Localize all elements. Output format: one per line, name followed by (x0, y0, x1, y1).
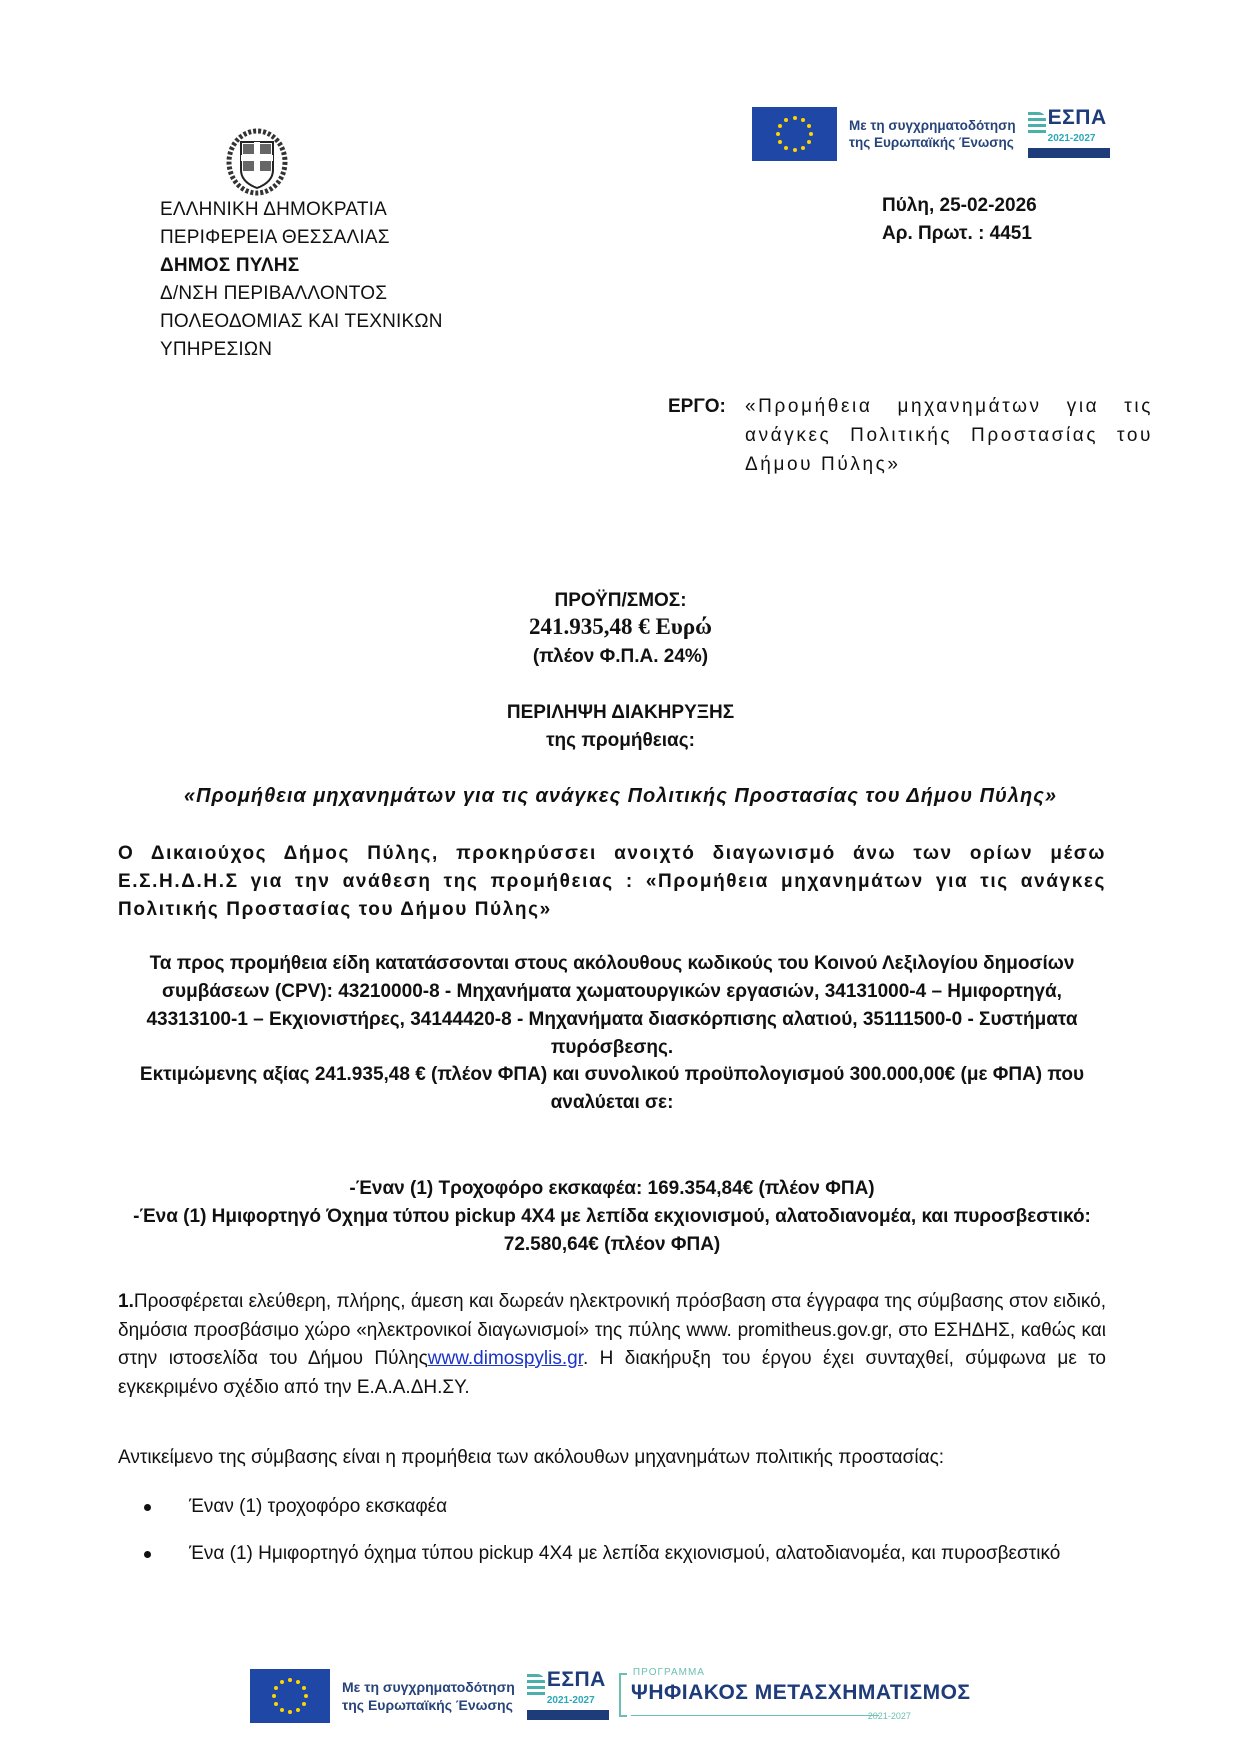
estimate-paragraph: Εκτιμώμενης αξίας 241.935,48 € (πλέον ΦΠ… (118, 1061, 1106, 1117)
bullet-icon (144, 1551, 151, 1558)
project-label: ΕΡΓΟ: (668, 392, 726, 421)
summary-subtitle: της προμήθειας: (0, 730, 1241, 752)
object-intro: Αντικείμενο της σύμβασης είναι η προμήθε… (118, 1447, 1106, 1469)
list-item: Ένα (1) Ημιφορτηγό όχημα τύπου pickup 4Χ… (160, 1540, 1106, 1568)
greek-coat-of-arms-icon (226, 128, 288, 196)
summary-title: ΠΕΡΙΛΗΨΗ ΔΙΑΚΗΡΥΞΗΣ (0, 702, 1241, 724)
org-line-municipality: ΔΗΜΟΣ ΠΥΛΗΣ (160, 252, 443, 280)
item-pickup: -Ένα (1) Ημιφορτηγό Όχημα τύπου pickup 4… (118, 1203, 1106, 1259)
espa-years: 2021-2027 (1048, 133, 1096, 144)
footer-logos: Με τη συγχρηματοδότηση της Ευρωπαϊκής Έν… (250, 1668, 990, 1724)
items-breakdown: -Έναν (1) Τροχοφόρο εκσκαφέα: 169.354,84… (118, 1175, 1106, 1259)
espa-logo: ΕΣΠΑ 2021-2027 (527, 1670, 609, 1722)
project-title: «Προμήθεια μηχανημάτων για τις ανάγκες Π… (745, 392, 1153, 479)
bullet-icon (144, 1504, 151, 1511)
item-excavator: -Έναν (1) Τροχοφόρο εκσκαφέα: 169.354,84… (118, 1175, 1106, 1203)
espa-waves-icon (527, 1674, 545, 1696)
budget-amount: 241.935,48 € Ευρώ (0, 614, 1241, 640)
eu-flag-icon (752, 107, 837, 161)
org-line: ΠΕΡΙΦΕΡΕΙΑ ΘΕΣΣΑΛΙΑΣ (160, 224, 443, 252)
project-block: ΕΡΓΟ: «Προμήθεια μηχανημάτων για τις ανά… (668, 392, 1153, 479)
cpv-paragraph: Τα προς προμήθεια είδη κατατάσσονται στο… (118, 950, 1106, 1062)
budget-label: ΠΡΟΫΠ/ΣΜΟΣ: (0, 590, 1241, 612)
espa-waves-icon (1028, 112, 1046, 134)
eu-text-line2: της Ευρωπαϊκής Ένωσης (342, 1696, 515, 1714)
org-line: ΠΟΛΕΟΔΟΜΙΑΣ ΚΑΙ ΤΕΧΝΙΚΩΝ (160, 308, 443, 336)
eu-text-line1: Με τη συγχρηματοδότηση (342, 1678, 515, 1696)
budget-vat-note: (πλέον Φ.Π.Α. 24%) (0, 646, 1241, 668)
municipality-website-link[interactable]: www.dimospylis.gr (428, 1348, 583, 1369)
eu-flag-icon (250, 1669, 330, 1723)
project-quote: «Προμήθεια μηχανημάτων για τις ανάγκες Π… (0, 785, 1241, 808)
issuer-header: ΕΛΛΗΝΙΚΗ ΔΗΜΟΚΡΑΤΙΑ ΠΕΡΙΦΕΡΕΙΑ ΘΕΣΣΑΛΙΑΣ… (160, 196, 443, 364)
protocol-number: Αρ. Πρωτ. : 4451 (882, 220, 1037, 248)
digital-transformation-logo: ΠΡΟΓΡΑΜΜΑ ΨΗΦΙΑΚΟΣ ΜΕΤΑΣΧΗΜΑΤΙΣΜΟΣ 2021-… (619, 1669, 919, 1723)
list-item: Έναν (1) τροχοφόρο εκσκαφέα (160, 1493, 1106, 1521)
org-line: ΕΛΛΗΝΙΚΗ ΔΗΜΟΚΡΑΤΙΑ (160, 196, 443, 224)
eu-text-line2: της Ευρωπαϊκής Ένωσης (849, 134, 1016, 151)
org-line: ΥΠΗΡΕΣΙΩΝ (160, 336, 443, 364)
intro-paragraph: Ο Δικαιούχος Δήμος Πύλης, προκηρύσσει αν… (118, 840, 1106, 924)
eu-cofunding-logo: Με τη συγχρηματοδότηση της Ευρωπαϊκής Έν… (752, 105, 1152, 163)
org-line: Δ/ΝΣΗ ΠΕΡΙΒΑΛΛΟΝΤΟΣ (160, 280, 443, 308)
date-block: Πύλη, 25-02-2026 Αρ. Πρωτ. : 4451 (882, 192, 1037, 248)
paragraph-number: 1. (118, 1291, 134, 1312)
eu-text-line1: Με τη συγχρηματοδότηση (849, 117, 1016, 134)
espa-title: ΕΣΠΑ (1048, 106, 1107, 130)
espa-logo: ΕΣΠΑ 2021-2027 (1028, 108, 1110, 160)
access-paragraph: 1.Προσφέρεται ελεύθερη, πλήρης, άμεση κα… (118, 1288, 1106, 1402)
document-date: Πύλη, 25-02-2026 (882, 192, 1037, 220)
